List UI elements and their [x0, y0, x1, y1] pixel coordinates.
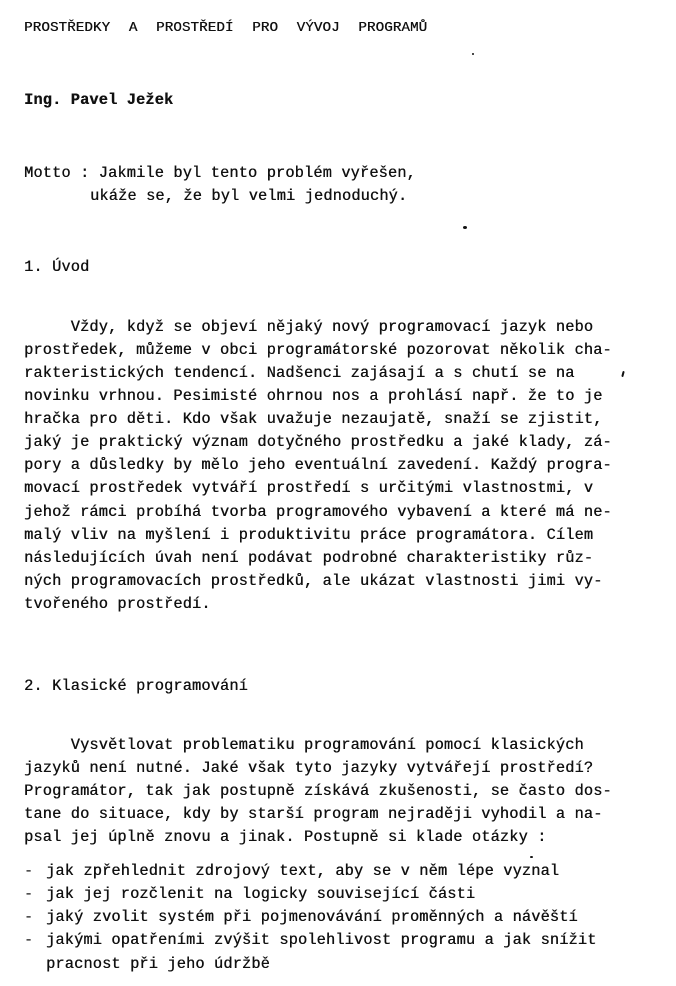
paragraph-line: ných programovacích prostředků, ale ukáz… [24, 572, 602, 590]
paragraph-line: novinku vrhnou. Pesimisté ohrnou nos a p… [24, 387, 602, 405]
motto-line-1: Motto : Jakmile byl tento problém vyřeše… [24, 164, 416, 182]
paragraph-line: následujících úvah není podávat podrobné… [24, 549, 593, 567]
section-heading-uvod: 1. Úvod [24, 258, 89, 276]
scanned-document-page: PROSTŘEDKY A PROSTŘEDÍ PRO VÝVOJ PROGRAM… [0, 0, 676, 986]
scan-speck [472, 53, 474, 55]
dash-bullet-icon: - [24, 885, 33, 903]
dash-bullet-icon: - [24, 908, 33, 926]
list-item-text: jak jej rozčlenit na logicky související… [46, 885, 475, 903]
motto-line-2: ukáže se, že byl velmi jednoduchý. [90, 187, 407, 205]
paragraph-line: hračka pro děti. Kdo však uvažuje nezauj… [24, 410, 602, 428]
paragraph-line: rakteristických tendencí. Nadšenci zajás… [24, 364, 574, 382]
paragraph-line: prostředek, můžeme v obci programátorské… [24, 341, 612, 359]
paragraph-line: jaký je praktický význam dotyčného prost… [24, 433, 612, 451]
paragraph-line: jazyků není nutné. Jaké však tyto jazyky… [24, 759, 593, 777]
paragraph-line: Programátor, tak jak postupně získává zk… [24, 782, 612, 800]
document-title: PROSTŘEDKY A PROSTŘEDÍ PRO VÝVOJ PROGRAM… [24, 19, 427, 37]
list-item-text-continuation: pracnost při jeho údržbě [46, 955, 270, 973]
paragraph-line: Vysvětlovat problematiku programování po… [24, 736, 584, 754]
author-name: Ing. Pavel Ježek [24, 91, 173, 109]
list-item-text: jakými opatřeními zvýšit spolehlivost pr… [46, 931, 596, 949]
scan-speck [463, 226, 467, 229]
paragraph-line: pory a důsledky by mělo jeho eventuální … [24, 456, 612, 474]
paragraph-line: tane do situace, kdy by starší program n… [24, 805, 602, 823]
paragraph-line: Vždy, když se objeví nějaký nový program… [24, 318, 593, 336]
paragraph-line: jehož rámci probíhá tvorba programového … [24, 503, 612, 521]
list-item-text: jak zpřehlednit zdrojový text, aby se v … [46, 862, 559, 880]
dash-bullet-icon: - [24, 931, 33, 949]
paragraph-line: malý vliv na myšlení i produktivitu prác… [24, 526, 593, 544]
scan-speck [530, 856, 533, 858]
list-item-text: jaký zvolit systém při pojmenovávání pro… [46, 908, 578, 926]
paragraph-line: tvořeného prostředí. [24, 595, 211, 613]
dash-bullet-icon: - [24, 862, 33, 880]
motto-text-1: Jakmile byl tento problém vyřešen, [99, 164, 416, 182]
paragraph-line: movací prostředek vytváří prostředí s ur… [24, 479, 593, 497]
motto-label: Motto : [24, 164, 89, 182]
section-heading-klasicke-programovani: 2. Klasické programování [24, 677, 248, 695]
scan-speck [621, 371, 624, 377]
paragraph-line: psal jej úplně znovu a jinak. Postupně s… [24, 828, 546, 846]
